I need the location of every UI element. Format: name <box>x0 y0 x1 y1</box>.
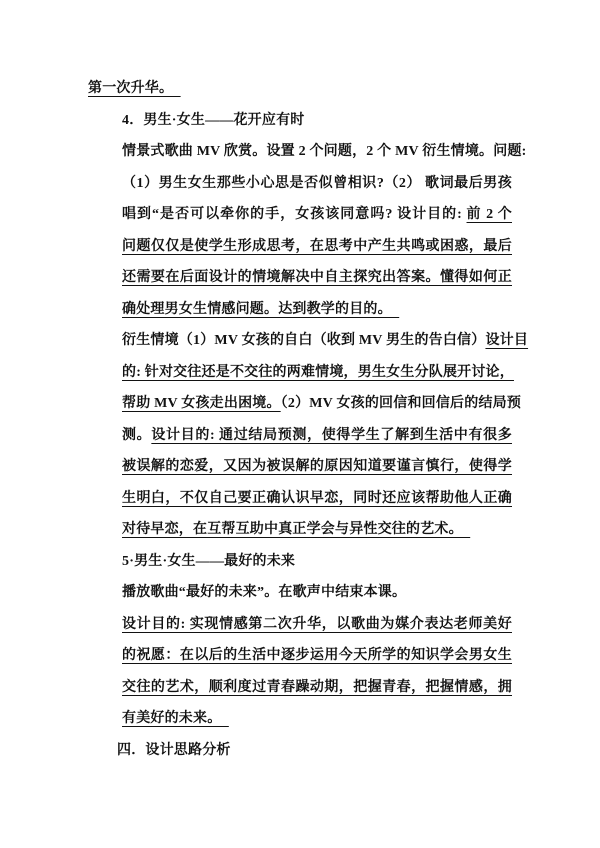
text-segment: 测。 <box>122 428 151 443</box>
text-segment: 四．设计思路分析 <box>117 743 231 758</box>
text-line: 对待早恋，在互帮互助中真正学会与异性交往的艺术。 <box>122 514 512 546</box>
text-line: 有美好的未来。 <box>122 703 512 735</box>
underlined-text-segment: 还需要在后面设计的情境解决中自主探究出答案。懂得如何正 <box>122 270 512 285</box>
text-line: 被误解的恋爱，又因为被误解的原因知道要谨言慎行，使得学 <box>122 451 512 483</box>
text-line: 测。设计目的: 通过结局预测，使得学生了解到生活中有很多 <box>122 420 512 452</box>
document-page: 第一次升华。 4．男生·女生——花开应有时情景式歌曲 MV 欣赏。设置 2 个问… <box>0 0 600 848</box>
text-segment: 衍生情境（1）MV 女孩的自白（收到 MV 男生的告白信） <box>122 333 485 348</box>
underlined-text-segment: 对待早恋，在互帮互助中真正学会与异性交往的艺术。 <box>122 522 470 537</box>
text-line: 确处理男女生情感问题。达到教学的目的。 <box>122 294 512 326</box>
underlined-text-segment: 问题仅仅是使学生形成思考，在思考中产生共鸣或困惑，最后 <box>122 239 512 254</box>
underlined-text-segment: 生明白，不仅自己要正确认识早恋，同时还应该帮助他人正确 <box>122 491 512 506</box>
underlined-text-segment: 设计目的: 实现情感第二次升华，以歌曲为媒介表达老师美好 <box>122 617 512 632</box>
document-lines: 第一次升华。 4．男生·女生——花开应有时情景式歌曲 MV 欣赏。设置 2 个问… <box>88 73 512 766</box>
text-line: 四．设计思路分析 <box>117 735 512 767</box>
text-segment: 情景式歌曲 MV 欣赏。设置 2 个问题，2 个 MV 衍生情境。问题: <box>122 144 527 159</box>
text-line: 衍生情境（1）MV 女孩的自白（收到 MV 男生的告白信）设计目 <box>122 325 512 357</box>
text-line: 5·男生·女生——最好的未来 <box>122 546 512 578</box>
text-segment: （1）男生女生那些小心思是否似曾相识?（2） 歌词最后男孩 <box>122 176 512 191</box>
text-line: 的祝愿：在以后的生活中逐步运用今天所学的知识学会男女生 <box>122 640 512 672</box>
text-line: 唱到“是否可以牵你的手，女孩该同意吗? 设计目的: 前 2 个 <box>122 199 512 231</box>
text-line: 交往的艺术，顺利度过青春躁动期，把握青春，把握情感，拥 <box>122 672 512 704</box>
text-line: 帮助 MV 女孩走出困境。（2）MV 女孩的回信和回信后的结局预 <box>122 388 512 420</box>
underlined-text-segment: 交往的艺术，顺利度过青春躁动期，把握青春，把握情感，拥 <box>122 680 512 695</box>
underlined-text-segment: 前 2 个 <box>467 207 512 222</box>
text-segment: 4．男生·女生——花开应有时 <box>122 113 304 128</box>
underlined-text-segment: 有美好的未来。 <box>122 711 229 726</box>
text-line: 情景式歌曲 MV 欣赏。设置 2 个问题，2 个 MV 衍生情境。问题: <box>122 136 512 168</box>
underlined-text-segment: 的祝愿：在以后的生活中逐步运用今天所学的知识学会男女生 <box>122 648 512 663</box>
underlined-text-segment: 的: 针对交往还是不交往的两难情境，男生女生分队展开讨论， <box>122 365 514 380</box>
text-line: 还需要在后面设计的情境解决中自主探究出答案。懂得如何正 <box>122 262 512 294</box>
underlined-text-segment: 帮助 MV 女孩走出困境。 <box>122 396 281 411</box>
text-segment: 5·男生·女生——最好的未来 <box>122 554 295 569</box>
text-line: 播放歌曲“最好的未来”。在歌声中结束本课。 <box>122 577 512 609</box>
text-segment: 播放歌曲“最好的未来”。在歌声中结束本课。 <box>122 585 406 600</box>
underlined-text-segment: 被误解的恋爱，又因为被误解的原因知道要谨言慎行，使得学 <box>122 459 512 474</box>
text-line: 第一次升华。 <box>88 73 512 105</box>
underlined-text-segment: 第一次升华。 <box>88 81 181 96</box>
text-line: 问题仅仅是使学生形成思考，在思考中产生共鸣或困惑，最后 <box>122 231 512 263</box>
text-segment: 唱到“是否可以牵你的手，女孩该同意吗? 设计目的: <box>122 207 467 222</box>
underlined-text-segment: 设计目的: 通过结局预测，使得学生了解到生活中有很多 <box>151 428 512 443</box>
text-line: （1）男生女生那些小心思是否似曾相识?（2） 歌词最后男孩 <box>122 168 512 200</box>
underlined-text-segment: 设计目 <box>485 333 528 348</box>
text-line: 生明白，不仅自己要正确认识早恋，同时还应该帮助他人正确 <box>122 483 512 515</box>
text-line: 设计目的: 实现情感第二次升华，以歌曲为媒介表达老师美好 <box>122 609 512 641</box>
underlined-text-segment: 确处理男女生情感问题。达到教学的目的。 <box>122 302 399 317</box>
text-line: 的: 针对交往还是不交往的两难情境，男生女生分队展开讨论， <box>122 357 512 389</box>
text-segment: （2）MV 女孩的回信和回信后的结局预 <box>281 396 521 411</box>
text-line: 4．男生·女生——花开应有时 <box>122 105 512 137</box>
